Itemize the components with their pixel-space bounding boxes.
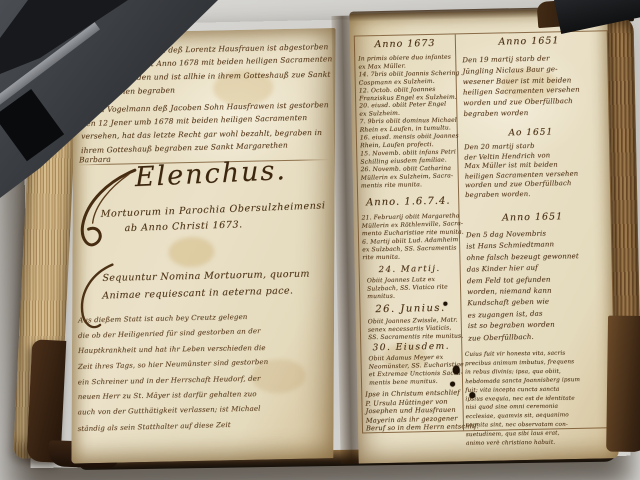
header-anno-1673: Anno 1673: [358, 38, 452, 51]
sequel-heading: Sequuntur Nomina Mortuorum, quorumAnimae…: [102, 267, 310, 304]
handwritten-line: SS. Sacramentis rite munitus.: [368, 332, 463, 341]
entry-24-martij: Obiit Joannes Lutz exSulzbach, SS. Viati…: [367, 276, 448, 301]
header-anno-1674: Anno. 1.6.7.4.: [361, 195, 455, 208]
subheader-24-martij: 24. Martij.: [363, 263, 457, 275]
parchment-stain: [168, 237, 214, 268]
entry-26-junij: Obiit Joannes Zwissle, Matr.senex necess…: [368, 316, 464, 342]
ink-blot: [469, 392, 475, 398]
handwritten-line: rite munita.: [362, 252, 464, 262]
left-page-body: Aus dießem Statt ist auch bey Creutz gel…: [78, 309, 269, 436]
ink-blot: [450, 382, 455, 387]
page-title: Elenchus.: [135, 155, 288, 193]
handwritten-line: hebdomada sancta Joannisberg ipsum: [465, 376, 580, 387]
handwritten-line: worden, niemand kann: [467, 285, 580, 298]
handwritten-line: begraben worden: [463, 107, 580, 120]
entries-1673: In primis obiere duo infantesex Max Müll…: [358, 53, 462, 189]
handwritten-line: animo verè christiano habuit.: [466, 438, 581, 448]
manuscript-photo: { "left_page": { "folio_marker": "11", "…: [0, 0, 640, 480]
german-block-a: Den 19 martij starb derJüngling Niclaus …: [462, 53, 580, 120]
left-page-paragraph-2: Maria Vogelmann deß Jacoben Sohn Hausfra…: [81, 98, 329, 157]
subheader-30-eiusdem: 30. Eiusdem.: [364, 341, 458, 353]
closing-german-lines: Ipse in Christum entschliefP. Ursula Hüt…: [365, 388, 479, 433]
right-page: 5 Anno 1673 In primis obiere duo infante…: [349, 8, 618, 463]
handwritten-line: begraben worden.: [465, 189, 579, 200]
latin-obituary-note: Cuius fuit vir honesta vita, sacrispreci…: [465, 349, 581, 448]
german-block-b: Den 20 martij starbder Veltin Hendrich v…: [464, 141, 579, 200]
ink-blot: [443, 302, 447, 306]
subtitle-line-2: ab Anno Christi 1673.: [125, 219, 243, 234]
handwritten-line: neuen Herr zu St. Mäyer ist darfür gehal…: [78, 387, 269, 405]
german-block-c: Den 5 dag Novembrisist Hans Schmiedtmann…: [466, 228, 581, 344]
leather-cover-right: [606, 316, 640, 453]
entries-1674: 21. Februarij obiit MargarethaMüllerin e…: [361, 212, 464, 262]
handwritten-line: munitus.: [367, 292, 448, 301]
handwritten-line: Franziskus Engel ex Sulzheim.: [359, 93, 460, 102]
handwritten-line: Rhein, Laufen profecti.: [360, 141, 461, 150]
handwritten-line: ipsius exequia, nec est de identitate: [465, 394, 580, 404]
